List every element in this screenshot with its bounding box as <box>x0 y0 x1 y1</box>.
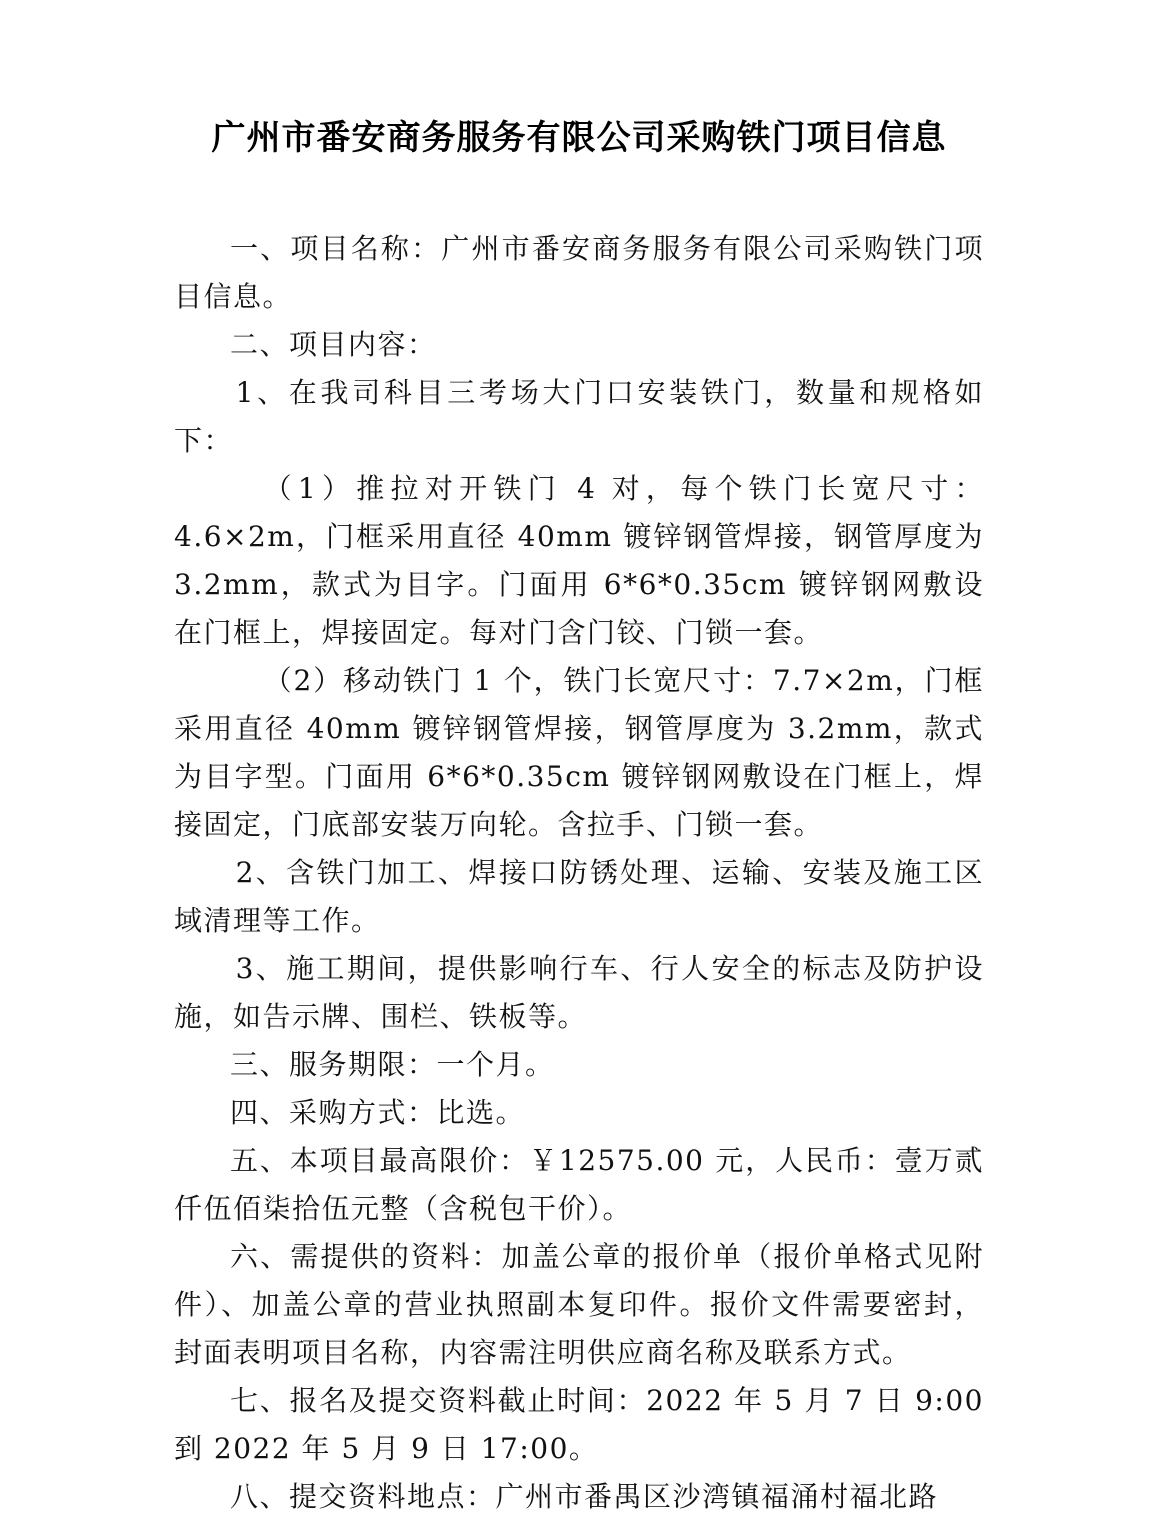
paragraph-item-1-1-sliding-gates: （1）推拉对开铁门 4 对，每个铁门长宽尺寸：4.6×2m，门框采用直径 40m… <box>174 465 984 657</box>
paragraph-item-1: 1、在我司科目三考场大门口安装铁门，数量和规格如下： <box>174 369 984 465</box>
paragraph-service-period: 三、服务期限：一个月。 <box>174 1041 984 1089</box>
paragraph-project-name: 一、项目名称：广州市番安商务服务有限公司采购铁门项目信息。 <box>174 225 984 321</box>
paragraph-procurement-method: 四、采购方式：比选。 <box>174 1089 984 1137</box>
paragraph-item-3: 3、施工期间，提供影响行车、行人安全的标志及防护设施，如告示牌、围栏、铁板等。 <box>174 945 984 1041</box>
paragraph-item-1-2-moving-gate: （2）移动铁门 1 个，铁门长宽尺寸：7.7×2m，门框采用直径 40mm 镀锌… <box>174 657 984 849</box>
paragraph-project-content-heading: 二、项目内容： <box>174 321 984 369</box>
paragraph-submission-location: 八、提交资料地点：广州市番禺区沙湾镇福涌村福北路 <box>174 1473 984 1521</box>
paragraph-required-materials: 六、需提供的资料：加盖公章的报价单（报价单格式见附件）、加盖公章的营业执照副本复… <box>174 1233 984 1377</box>
paragraph-max-price: 五、本项目最高限价：￥12575.00 元，人民币：壹万贰仟伍佰柒拾伍元整（含税… <box>174 1137 984 1233</box>
document-body: 一、项目名称：广州市番安商务服务有限公司采购铁门项目信息。 二、项目内容： 1、… <box>174 225 984 1521</box>
paragraph-item-2: 2、含铁门加工、焊接口防锈处理、运输、安装及施工区域清理等工作。 <box>174 849 984 945</box>
document-title: 广州市番安商务服务有限公司采购铁门项目信息 <box>0 112 1158 164</box>
paragraph-deadline: 七、报名及提交资料截止时间：2022 年 5 月 7 日 9:00 到 2022… <box>174 1377 984 1473</box>
document-page: 广州市番安商务服务有限公司采购铁门项目信息 一、项目名称：广州市番安商务服务有限… <box>0 0 1158 1535</box>
